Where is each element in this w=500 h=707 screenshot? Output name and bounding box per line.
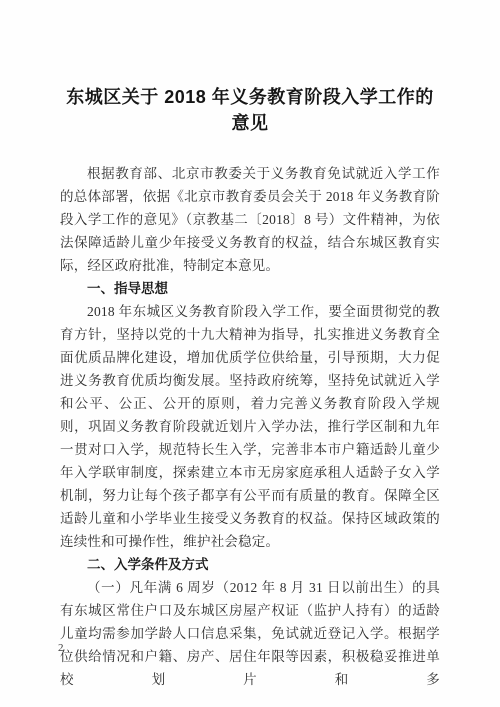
document-title: 东城区关于 2018 年义务教育阶段入学工作的意见 [60, 84, 440, 136]
intro-paragraph: 根据教育部、北京市教委关于义务教育免试就近入学工作的总体部署，依据《北京市教育委… [60, 162, 440, 277]
section-heading-admission-conditions: 二、入学条件及方式 [60, 553, 440, 576]
section-heading-guiding-ideology: 一、指导思想 [60, 277, 440, 300]
section-paragraph-guiding-ideology: 2018 年东城区义务教育阶段入学工作，要全面贯彻党的教育方针，坚持以党的十九大… [60, 300, 440, 553]
document-content: 东城区关于 2018 年义务教育阶段入学工作的意见 根据教育部、北京市教委关于义… [0, 0, 500, 691]
document-page: 东城区关于 2018 年义务教育阶段入学工作的意见 根据教育部、北京市教委关于义… [0, 0, 500, 707]
page-number: 2 [58, 641, 64, 655]
section-paragraph-admission-conditions: （一）凡年满 6 周岁（2012 年 8 月 31 日以前出生）的具有东城区常住… [60, 576, 440, 691]
